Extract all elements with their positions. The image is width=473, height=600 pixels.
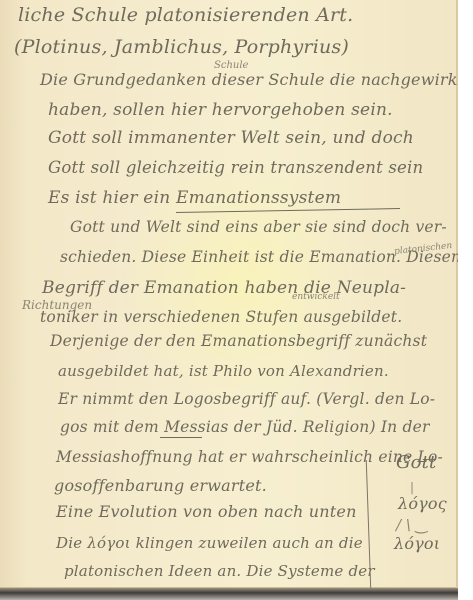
line-14: Er nimmt den Logosbegriff auf. (Vergl. d…: [58, 390, 435, 408]
line-16: Messiashoffnung hat er wahrscheinlich ei…: [56, 448, 443, 466]
line-8: Gott und Welt sind eins aber sie sind do…: [70, 218, 447, 236]
line-11: toniker in verschiedenen Stufen ausgebil…: [40, 308, 402, 326]
messias-underline: [160, 437, 202, 438]
line-7: Es ist hier ein Emanationssystem: [48, 188, 341, 208]
line-13: ausgebildet hat, ist Philo von Alexandri…: [58, 362, 389, 380]
diagram-gott: Gott: [396, 452, 436, 473]
line-12: Derjenige der den Emanationsbegriff zunä…: [50, 332, 427, 350]
diagram-connector-top: |: [410, 480, 414, 494]
line-20: platonischen Ideen an. Die Systeme der: [64, 562, 375, 580]
annotation-entwickelt: entwickelt: [292, 292, 340, 302]
diagram-logos: λόγος: [398, 494, 447, 513]
line-18: Eine Evolution von oben nach unten: [56, 502, 357, 521]
manuscript-page: liche Schule platonisierenden Art. (Plot…: [0, 0, 458, 590]
line-2: (Plotinus, Jamblichus, Porphyrius): [14, 36, 349, 58]
line-5: Gott soll immanenter Welt sein, und doch: [48, 128, 414, 148]
line-6: Gott soll gleichzeitig rein transzendent…: [48, 158, 423, 177]
annotation-richtungen: Richtungen: [22, 298, 92, 312]
diagram-logoi: λόγοι: [394, 534, 440, 553]
annotation-schule: Schule: [214, 60, 248, 71]
line-19: Die λόγοι klingen zuweilen auch an die: [56, 534, 363, 552]
line-10: Begriff der Emanation haben die Neupla-: [42, 278, 406, 298]
diagram-branches: / \ ‿: [396, 516, 428, 534]
line-17: gosoffenbarung erwartet.: [54, 476, 267, 495]
emanationssystem-underline: [176, 208, 400, 213]
line-1: liche Schule platonisierenden Art.: [18, 4, 353, 26]
line-4: haben, sollen hier hervorgehoben sein.: [48, 100, 393, 120]
scan-margin: [458, 0, 473, 600]
page-bottom-edge: [0, 588, 460, 600]
line-3: Die Grundgedanken dieser Schule die nach…: [40, 70, 458, 89]
line-15: gos mit dem Messias der Jüd. Religion) I…: [60, 418, 430, 436]
